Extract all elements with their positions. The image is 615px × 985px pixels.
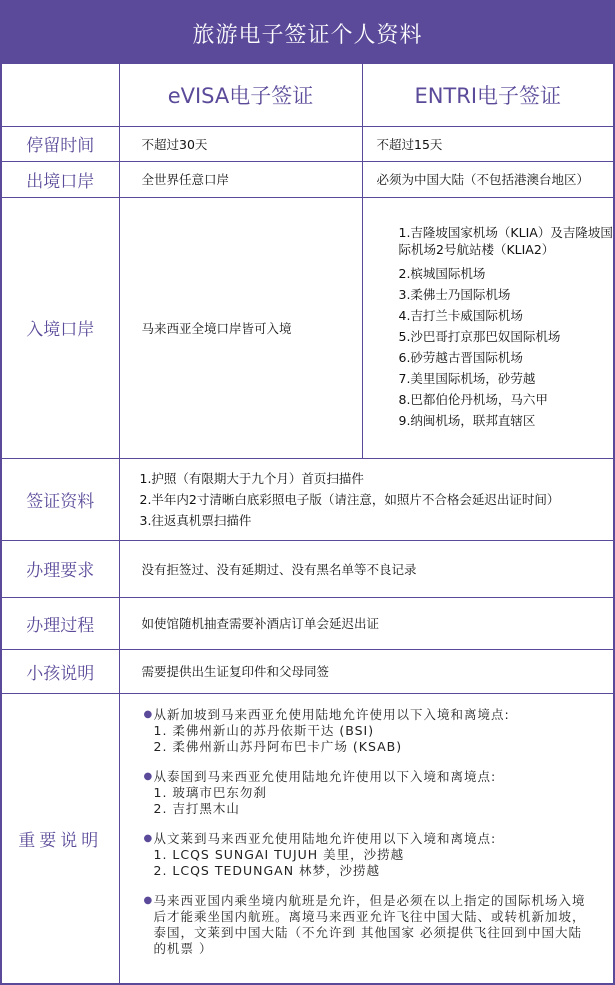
entri-airport-list: 1.吉隆坡国家机场（KLIA）及吉隆坡国际机场2号航站楼（KLIA2） 2.槟城… <box>363 224 614 431</box>
table-row-visa-docs: 签证资料 1.护照（有限期大于九个月）首页扫描件 2.半年内2寸清晰白底彩照电子… <box>2 458 613 540</box>
table-row-process: 办理过程 如使馆随机抽查需要补酒店订单会延迟出证 <box>2 597 613 649</box>
table-row-requirements: 办理要求 没有拒签过、没有延期过、没有黑名单等不良记录 <box>2 540 613 597</box>
row-label-requirements: 办理要求 <box>2 540 119 597</box>
table-row-important: 重要说明 ●从新加坡到马来西亚允使用陆地允许使用以下入境和离境点: 1. 柔佛州… <box>2 693 613 984</box>
empty-corner-cell <box>2 64 119 126</box>
row-label-process: 办理过程 <box>2 597 119 649</box>
row-label-entry-port: 入境口岸 <box>2 197 119 458</box>
evisa-entry-port-value: 马来西亚全境口岸皆可入境 <box>119 197 362 458</box>
note-brunei: ●从文莱到马来西亚允使用陆地允许使用以下入境和离境点: 1. LCQS SUNG… <box>144 831 594 879</box>
visa-info-sheet: 旅游电子签证个人资料 eVISA电子签证 ENTRI电子签证 停留时间 不超过3… <box>0 0 615 985</box>
list-item: 6.砂劳越古晋国际机场 <box>399 347 614 368</box>
bullet-icon: ● <box>144 769 154 785</box>
note-singapore: ●从新加坡到马来西亚允使用陆地允许使用以下入境和离境点: 1. 柔佛州新山的苏丹… <box>144 707 594 755</box>
entri-exit-port-value: 必须为中国大陆（不包括港澳台地区） <box>362 161 613 197</box>
list-item: 9.纳闽机场，联邦直辖区 <box>399 410 614 431</box>
row-label-exit-port: 出境口岸 <box>2 161 119 197</box>
bullet-icon: ● <box>144 831 154 847</box>
evisa-exit-port-value: 全世界任意口岸 <box>119 161 362 197</box>
column-header-evisa: eVISA电子签证 <box>119 64 362 126</box>
important-notes-cell: ●从新加坡到马来西亚允使用陆地允许使用以下入境和离境点: 1. 柔佛州新山的苏丹… <box>119 693 613 984</box>
row-label-stay: 停留时间 <box>2 126 119 161</box>
list-item: 3.柔佛士乃国际机场 <box>399 284 614 305</box>
bullet-icon: ● <box>144 893 154 957</box>
table-row-entry-port: 入境口岸 马来西亚全境口岸皆可入境 1.吉隆坡国家机场（KLIA）及吉隆坡国际机… <box>2 197 613 458</box>
visa-docs-cell: 1.护照（有限期大于九个月）首页扫描件 2.半年内2寸清晰白底彩照电子版（请注意… <box>119 458 613 540</box>
visa-doc-item: 1.护照（有限期大于九个月）首页扫描件 <box>140 468 614 489</box>
visa-doc-item: 3.往返真机票扫描件 <box>140 510 614 531</box>
column-header-entri: ENTRI电子签证 <box>362 64 613 126</box>
table-row-exit-port: 出境口岸 全世界任意口岸 必须为中国大陆（不包括港澳台地区） <box>2 161 613 197</box>
list-item: 4.吉打兰卡威国际机场 <box>399 305 614 326</box>
entri-entry-port-list-cell: 1.吉隆坡国家机场（KLIA）及吉隆坡国际机场2号航站楼（KLIA2） 2.槟城… <box>362 197 613 458</box>
list-item: 8.巴都伯伦丹机场，马六甲 <box>399 389 614 410</box>
important-notes: ●从新加坡到马来西亚允使用陆地允许使用以下入境和离境点: 1. 柔佛州新山的苏丹… <box>120 707 614 957</box>
list-item: 7.美里国际机场，砂劳越 <box>399 368 614 389</box>
table-row-children: 小孩说明 需要提供出生证复印件和父母同签 <box>2 649 613 693</box>
note-thailand: ●从泰国到马来西亚允使用陆地允许使用以下入境和离境点: 1. 玻璃市巴东勿刹 2… <box>144 769 594 817</box>
visa-doc-item: 2.半年内2寸清晰白底彩照电子版（请注意，如照片不合格会延迟出证时间） <box>140 489 614 510</box>
entri-stay-value: 不超过15天 <box>362 126 613 161</box>
page-title: 旅游电子签证个人资料 <box>2 2 613 64</box>
column-header-row: eVISA电子签证 ENTRI电子签证 <box>2 64 613 126</box>
table-row-stay: 停留时间 不超过30天 不超过15天 <box>2 126 613 161</box>
list-item: 1.吉隆坡国家机场（KLIA）及吉隆坡国际机场2号航站楼（KLIA2） <box>399 224 614 258</box>
visa-comparison-table: eVISA电子签证 ENTRI电子签证 停留时间 不超过30天 不超过15天 出… <box>2 64 613 984</box>
process-value: 如使馆随机抽查需要补酒店订单会延迟出证 <box>119 597 613 649</box>
bullet-icon: ● <box>144 707 154 723</box>
row-label-important: 重要说明 <box>2 693 119 984</box>
row-label-children: 小孩说明 <box>2 649 119 693</box>
children-value: 需要提供出生证复印件和父母同签 <box>119 649 613 693</box>
requirements-value: 没有拒签过、没有延期过、没有黑名单等不良记录 <box>119 540 613 597</box>
list-item: 5.沙巴哥打京那巴奴国际机场 <box>399 326 614 347</box>
evisa-stay-value: 不超过30天 <box>119 126 362 161</box>
row-label-visa-docs: 签证资料 <box>2 458 119 540</box>
note-domestic-flights: ●马来西亚国内乘坐境内航班是允许，但是必须在以上指定的国际机场入境后才能乘坐国内… <box>144 893 594 957</box>
list-item: 2.槟城国际机场 <box>399 263 614 284</box>
